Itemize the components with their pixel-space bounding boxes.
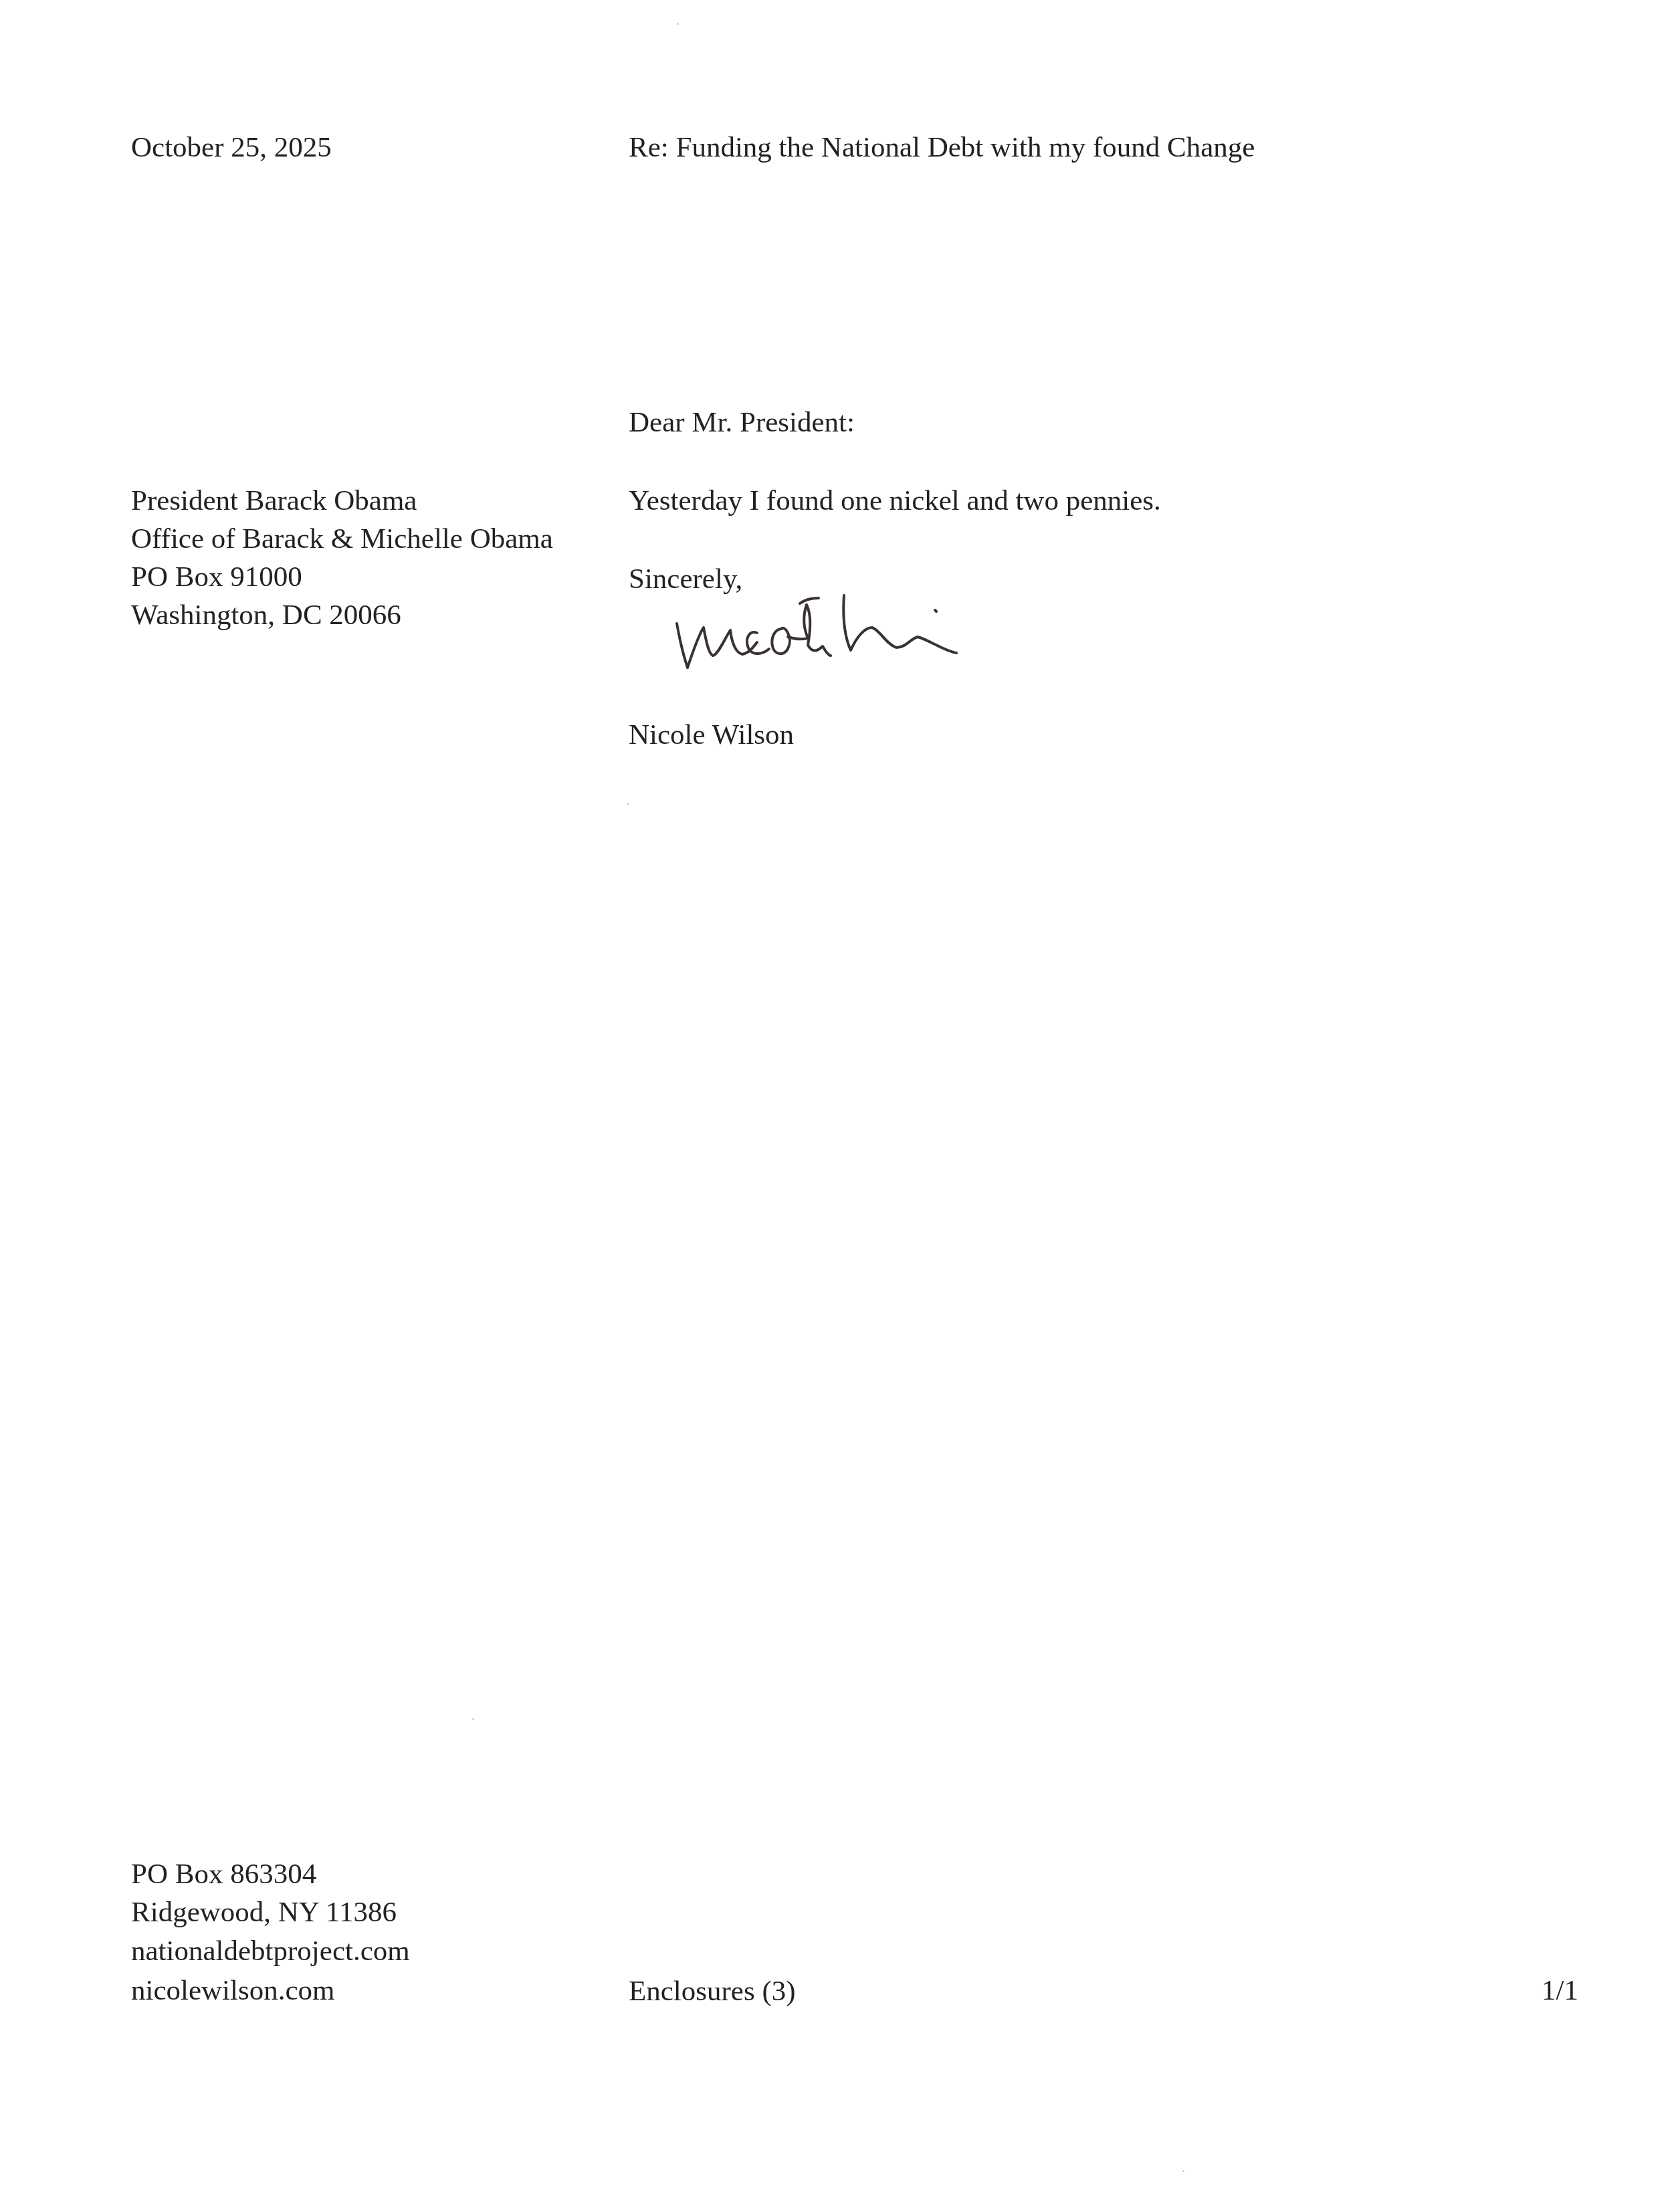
sender-website-project: nationaldebtproject.com	[131, 1937, 410, 1965]
letter-date: October 25, 2025	[131, 133, 332, 162]
sender-po-box: PO Box 863304	[131, 1860, 316, 1889]
enclosures-note: Enclosures (3)	[629, 1977, 796, 2006]
recipient-office: Office of Barack & Michelle Obama	[131, 524, 553, 553]
letter-message: Yesterday I found one nickel and two pen…	[629, 486, 1161, 515]
handwritten-signature-icon	[669, 589, 1003, 682]
salutation: Dear Mr. President:	[629, 408, 855, 437]
sender-city-state-zip: Ridgewood, NY 11386	[131, 1898, 397, 1927]
recipient-name: President Barack Obama	[131, 486, 417, 515]
sender-website-personal: nicolewilson.com	[131, 1976, 335, 2005]
scan-speck	[1182, 2170, 1184, 2172]
scan-speck	[627, 803, 629, 805]
recipient-city-state-zip: Washington, DC 20066	[131, 601, 401, 630]
page-number: 1/1	[1542, 1976, 1578, 2005]
scan-speck	[677, 23, 679, 25]
recipient-po-box: PO Box 91000	[131, 563, 302, 591]
letter-subject: Re: Funding the National Debt with my fo…	[629, 133, 1255, 162]
scan-speck	[472, 1718, 474, 1720]
signer-name: Nicole Wilson	[629, 721, 794, 749]
letter-page: October 25, 2025 Re: Funding the Nationa…	[0, 0, 1680, 2209]
